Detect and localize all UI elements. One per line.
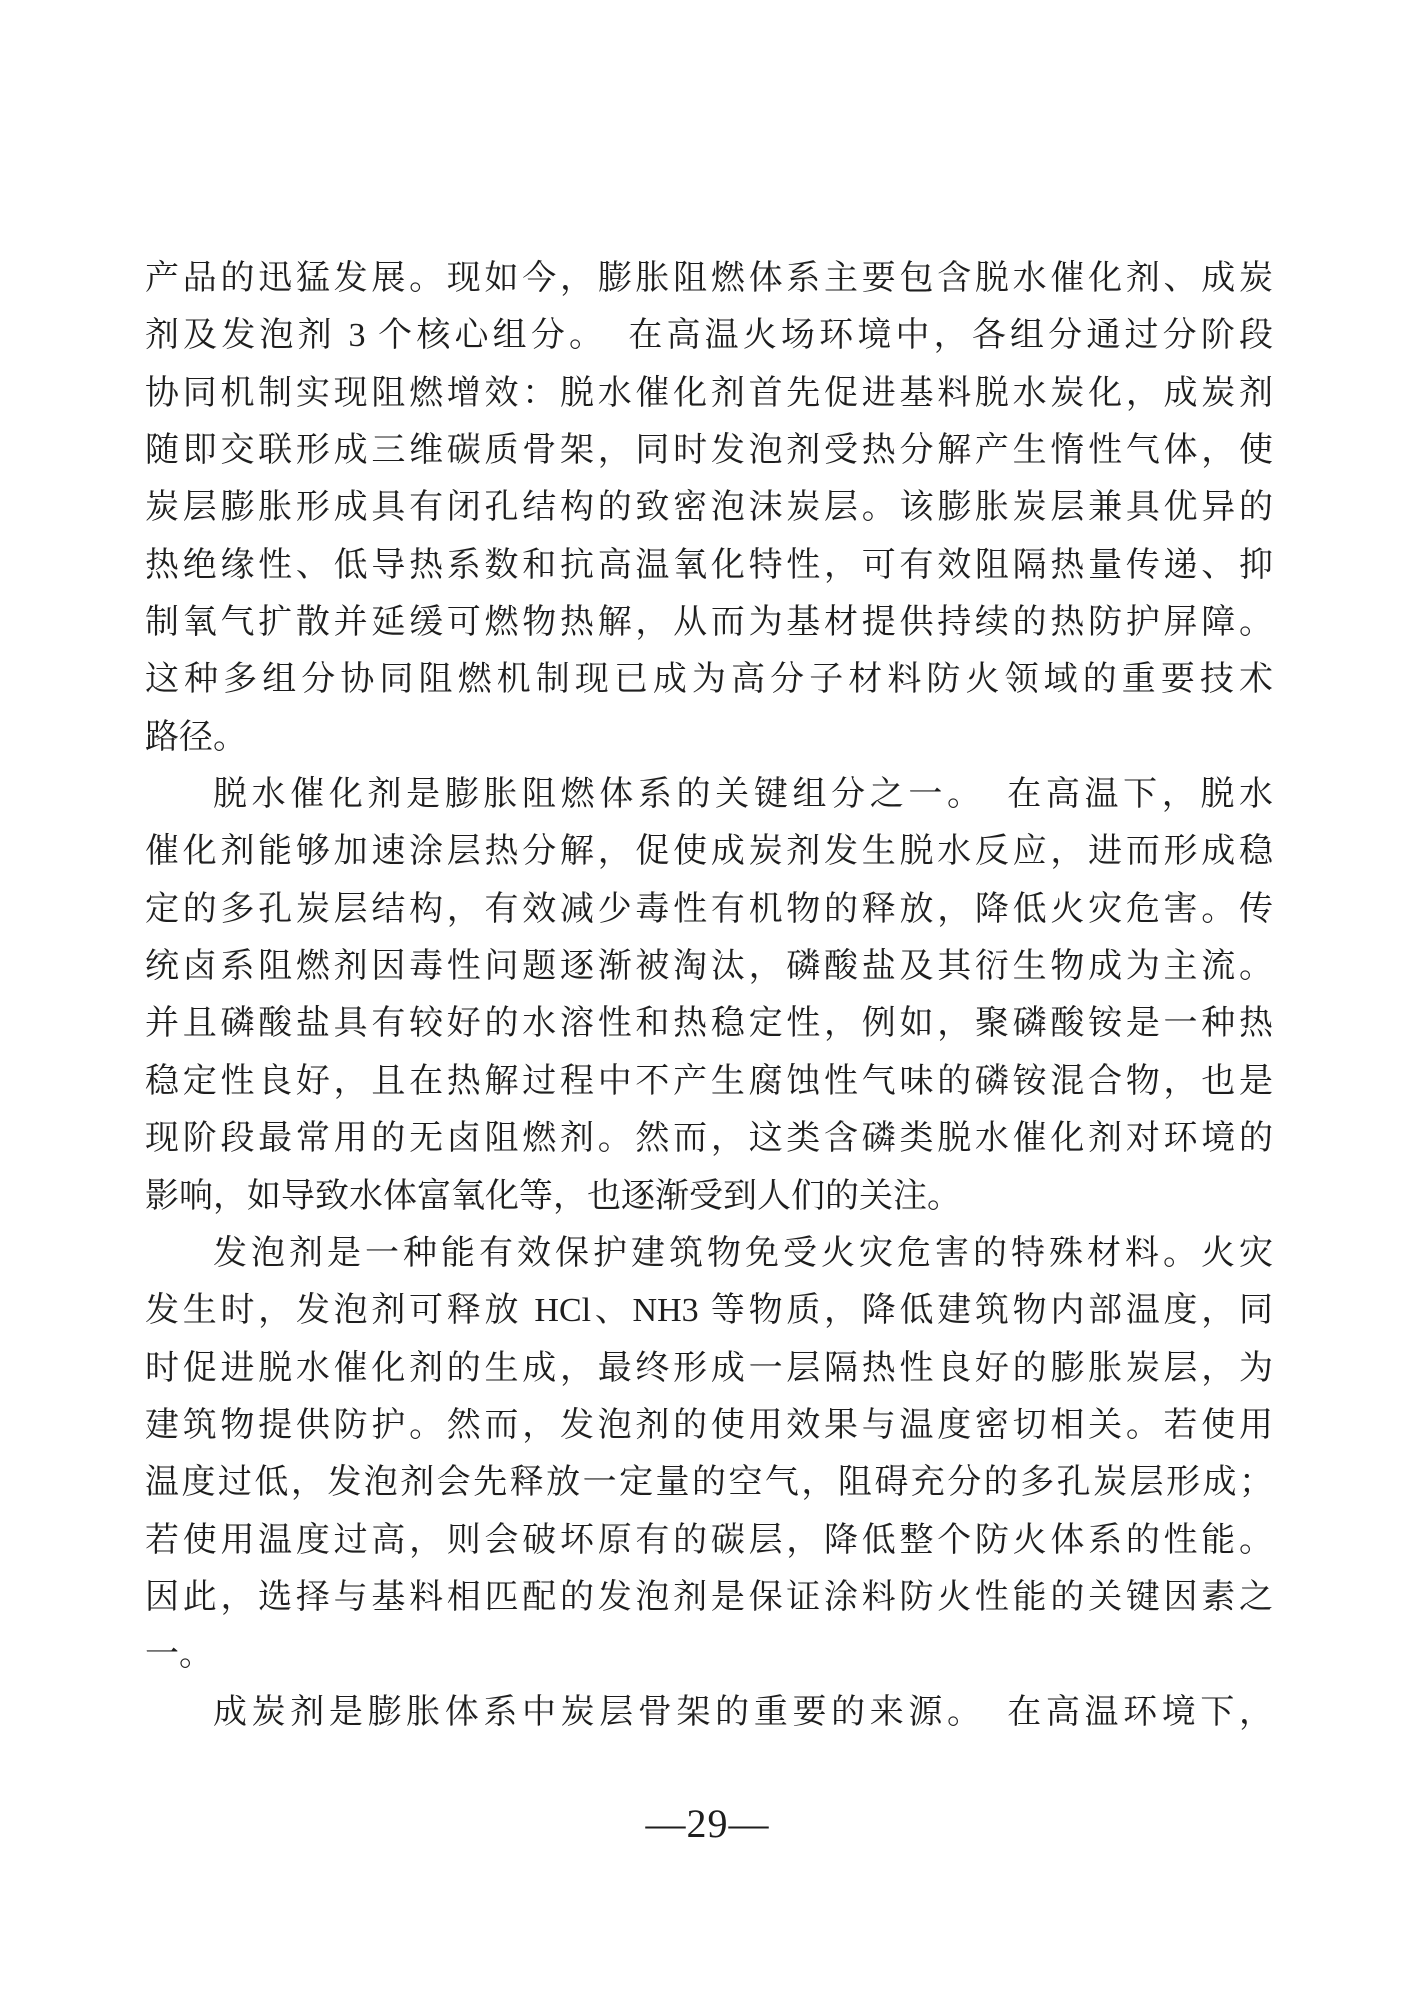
- text-line: 统卤系阻燃剂因毒性问题逐渐被淘汰，磷酸盐及其衍生物成为主流。: [145, 938, 1273, 995]
- text-line: 炭层膨胀形成具有闭孔结构的致密泡沫炭层。该膨胀炭层兼具优异的: [145, 479, 1273, 536]
- text-line: 脱水催化剂是膨胀阻燃体系的关键组分之一。 在高温下，脱水: [145, 766, 1273, 823]
- document-page: 产品的迅猛发展。现如今，膨胀阻燃体系主要包含脱水催化剂、成炭剂及发泡剂 3 个核…: [0, 0, 1415, 2000]
- text-line: 时促进脱水催化剂的生成，最终形成一层隔热性良好的膨胀炭层，为: [145, 1340, 1273, 1397]
- page-number: —29—: [646, 1801, 770, 1846]
- text-line: 并且磷酸盐具有较好的水溶性和热稳定性，例如，聚磷酸铵是一种热: [145, 995, 1273, 1052]
- text-line: 成炭剂是膨胀体系中炭层骨架的重要的来源。 在高温环境下，: [145, 1684, 1273, 1741]
- text-line: 一。: [145, 1626, 1273, 1683]
- text-line: 产品的迅猛发展。现如今，膨胀阻燃体系主要包含脱水催化剂、成炭: [145, 250, 1273, 307]
- text-line: 若使用温度过高，则会破坏原有的碳层，降低整个防火体系的性能。: [145, 1512, 1273, 1569]
- text-line: 发生时，发泡剂可释放 HCl、NH3 等物质，降低建筑物内部温度，同: [145, 1282, 1273, 1339]
- text-line: 温度过低，发泡剂会先释放一定量的空气，阻碍充分的多孔炭层形成；: [145, 1454, 1273, 1511]
- text-line: 定的多孔炭层结构，有效减少毒性有机物的释放，降低火灾危害。传: [145, 881, 1273, 938]
- text-line: 剂及发泡剂 3 个核心组分。 在高温火场环境中，各组分通过分阶段: [145, 307, 1273, 364]
- paragraph: 脱水催化剂是膨胀阻燃体系的关键组分之一。 在高温下，脱水催化剂能够加速涂层热分解…: [145, 766, 1273, 1225]
- text-line: 现阶段最常用的无卤阻燃剂。然而，这类含磷类脱水催化剂对环境的: [145, 1110, 1273, 1167]
- page-footer: —29—: [0, 1800, 1415, 1847]
- text-line: 热绝缘性、低导热系数和抗高温氧化特性，可有效阻隔热量传递、抑: [145, 537, 1273, 594]
- text-line: 制氧气扩散并延缓可燃物热解，从而为基材提供持续的热防护屏障。: [145, 594, 1273, 651]
- text-line: 发泡剂是一种能有效保护建筑物免受火灾危害的特殊材料。火灾: [145, 1225, 1273, 1282]
- text-line: 路径。: [145, 709, 1273, 766]
- document-body: 产品的迅猛发展。现如今，膨胀阻燃体系主要包含脱水催化剂、成炭剂及发泡剂 3 个核…: [145, 250, 1273, 1741]
- text-line: 催化剂能够加速涂层热分解，促使成炭剂发生脱水反应，进而形成稳: [145, 823, 1273, 880]
- text-line: 随即交联形成三维碳质骨架，同时发泡剂受热分解产生惰性气体，使: [145, 422, 1273, 479]
- text-line: 这种多组分协同阻燃机制现已成为高分子材料防火领域的重要技术: [145, 651, 1273, 708]
- paragraph: 产品的迅猛发展。现如今，膨胀阻燃体系主要包含脱水催化剂、成炭剂及发泡剂 3 个核…: [145, 250, 1273, 766]
- text-line: 建筑物提供防护。然而，发泡剂的使用效果与温度密切相关。若使用: [145, 1397, 1273, 1454]
- text-line: 影响，如导致水体富氧化等，也逐渐受到人们的关注。: [145, 1168, 1273, 1225]
- paragraph: 成炭剂是膨胀体系中炭层骨架的重要的来源。 在高温环境下，: [145, 1684, 1273, 1741]
- paragraph: 发泡剂是一种能有效保护建筑物免受火灾危害的特殊材料。火灾发生时，发泡剂可释放 H…: [145, 1225, 1273, 1684]
- text-line: 协同机制实现阻燃增效：脱水催化剂首先促进基料脱水炭化，成炭剂: [145, 365, 1273, 422]
- text-line: 因此，选择与基料相匹配的发泡剂是保证涂料防火性能的关键因素之: [145, 1569, 1273, 1626]
- text-line: 稳定性良好，且在热解过程中不产生腐蚀性气味的磷铵混合物，也是: [145, 1053, 1273, 1110]
